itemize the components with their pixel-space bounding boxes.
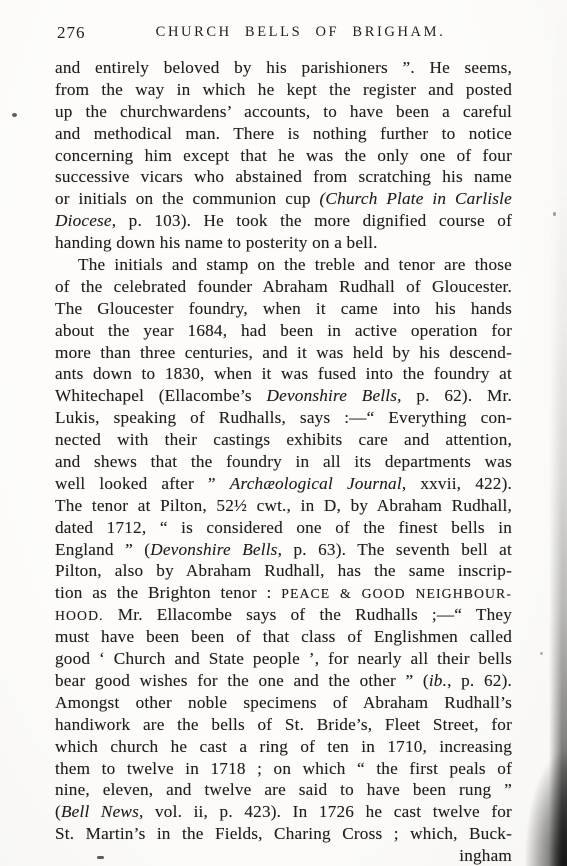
page-number: 276 xyxy=(57,23,86,43)
text-line: up the churchwardens’ accounts, to have … xyxy=(55,101,512,123)
text-line: them to twelve in 1718 ; on which “ the … xyxy=(55,758,512,780)
text-segment: from the way in which he kept the regist… xyxy=(55,80,512,99)
text-segment: or initials on the communion cup xyxy=(55,189,319,208)
text-segment: , p. 103). He took the more dignified co… xyxy=(112,211,512,230)
text-line: of the celebrated founder Abraham Rudhal… xyxy=(55,276,512,298)
text-segment: must have been been of that class of Eng… xyxy=(55,627,512,646)
page-body-text: and entirely beloved by his parishioners… xyxy=(55,57,512,866)
text-line: or initials on the communion cup (Church… xyxy=(55,188,512,210)
book-edge-shadow xyxy=(549,0,567,866)
scan-speck xyxy=(97,856,104,859)
text-segment: successive vicars who abstained from scr… xyxy=(55,167,512,186)
text-segment: Whitechapel (Ellacombe’s xyxy=(55,386,267,405)
text-segment: of the celebrated founder Abraham Rudhal… xyxy=(55,277,512,296)
text-segment: Pilton, also by Abraham Rudhall, has the… xyxy=(55,561,512,580)
text-segment: and shews that the foundry in all its de… xyxy=(55,452,512,471)
text-line: good ‘ Church and State people ’, for ne… xyxy=(55,648,512,670)
text-line: Whitechapel (Ellacombe’s Devonshire Bell… xyxy=(55,385,512,407)
text-line: and entirely beloved by his parishioners… xyxy=(55,57,512,79)
text-segment: handing down his name to posterity on a … xyxy=(55,233,378,252)
text-segment: Devonshire Bells xyxy=(150,540,277,559)
text-segment: about the year 1684, had been in active … xyxy=(55,321,512,340)
text-segment: bear good wishes for the one and the oth… xyxy=(55,671,429,690)
text-segment: nected with their castings exhibits care… xyxy=(55,430,512,449)
text-line: more than three centuries, and it was he… xyxy=(55,342,512,364)
text-segment: Devonshire Bells xyxy=(267,386,398,405)
text-segment: (Church Plate in Carlisle xyxy=(319,189,512,208)
book-corner-shadow xyxy=(525,751,567,866)
text-segment: St. Martin’s in the Fields, Charing Cros… xyxy=(55,824,512,843)
text-segment: Lukis, speaking of Rudhalls, says :—“ Ev… xyxy=(55,408,512,427)
text-line: The tenor at Pilton, 52½ cwt., in D, by … xyxy=(55,495,512,517)
text-segment: , xxvii, 422). xyxy=(402,474,512,493)
text-segment: more than three centuries, and it was he… xyxy=(55,343,512,362)
text-segment: tion as the Brighton tenor : xyxy=(55,583,281,602)
text-line: and methodical man. There is nothing fur… xyxy=(55,123,512,145)
text-segment: Archæological Journal xyxy=(230,474,402,493)
text-segment: The tenor at Pilton, 52½ cwt., in D, by … xyxy=(55,496,512,515)
text-segment: nine, eleven, and twelve are said to hav… xyxy=(55,780,512,799)
text-line: concerning him except that he was the on… xyxy=(55,145,512,167)
text-segment: ib. xyxy=(429,671,447,690)
text-line: which church he cast a ring of ten in 17… xyxy=(55,736,512,758)
text-segment: Diocese xyxy=(55,211,112,230)
text-line: successive vicars who abstained from scr… xyxy=(55,166,512,188)
text-line: tion as the Brighton tenor : PEACE & GOO… xyxy=(55,582,512,604)
text-line: St. Martin’s in the Fields, Charing Cros… xyxy=(55,823,512,845)
text-line: Amongst other noble specimens of Abraham… xyxy=(55,692,512,714)
text-line: handing down his name to posterity on a … xyxy=(55,232,512,254)
text-line: from the way in which he kept the regist… xyxy=(55,79,512,101)
text-line: Pilton, also by Abraham Rudhall, has the… xyxy=(55,560,512,582)
text-line: The initials and stamp on the treble and… xyxy=(55,254,512,276)
text-segment: handiwork are the bells of St. Bride’s, … xyxy=(55,715,512,734)
text-line: Lukis, speaking of Rudhalls, says :—“ Ev… xyxy=(55,407,512,429)
text-segment: good ‘ Church and State people ’, for ne… xyxy=(55,649,512,668)
text-line: nine, eleven, and twelve are said to hav… xyxy=(55,779,512,801)
text-segment: Bell News xyxy=(61,802,139,821)
text-line: ants down to 1830, when it was fused int… xyxy=(55,363,512,385)
text-segment: Amongst other noble specimens of Abraham… xyxy=(55,693,512,712)
text-line: and shews that the foundry in all its de… xyxy=(55,451,512,473)
text-segment: England ” ( xyxy=(55,540,150,559)
page-header: 276 CHURCH BELLS OF BRIGHAM. xyxy=(55,21,512,45)
text-segment: well looked after ” xyxy=(55,474,230,493)
text-segment: HOOD. xyxy=(55,608,104,623)
text-segment: Mr. Ellacombe says of the Rudhalls ;—“ T… xyxy=(104,605,512,624)
text-segment: PEACE & GOOD NEIGHBOUR- xyxy=(281,586,512,601)
text-line: England ” (Devonshire Bells, p. 63). The… xyxy=(55,539,512,561)
text-line: about the year 1684, had been in active … xyxy=(55,320,512,342)
text-segment: dated 1712, “ is considered one of the f… xyxy=(55,518,512,537)
text-line: must have been been of that class of Eng… xyxy=(55,626,512,648)
text-line: nected with their castings exhibits care… xyxy=(55,429,512,451)
text-line: The Gloucester foundry, when it came int… xyxy=(55,298,512,320)
text-segment: up the churchwardens’ accounts, to have … xyxy=(55,102,512,121)
scan-speck xyxy=(540,652,543,655)
text-line: well looked after ” Archæological Journa… xyxy=(55,473,512,495)
text-segment: ants down to 1830, when it was fused int… xyxy=(55,364,512,383)
scan-speck xyxy=(12,113,17,117)
text-segment: concerning him except that he was the on… xyxy=(55,146,512,165)
text-segment: , p. 62). xyxy=(447,671,512,690)
text-line: Diocese, p. 103). He took the more digni… xyxy=(55,210,512,232)
text-segment: and methodical man. There is nothing fur… xyxy=(55,124,512,143)
text-segment: , vol. ii, p. 423). In 1726 he cast twel… xyxy=(139,802,512,821)
text-segment: , p. 62). Mr. xyxy=(397,386,512,405)
scanned-book-page: 276 CHURCH BELLS OF BRIGHAM. and entirel… xyxy=(0,0,567,866)
text-segment: them to twelve in 1718 ; on which “ the … xyxy=(55,759,512,778)
text-segment: , p. 63). The seventh bell at xyxy=(278,540,512,559)
text-line: bear good wishes for the one and the oth… xyxy=(55,670,512,692)
scan-speck xyxy=(553,212,556,216)
text-line: dated 1712, “ is considered one of the f… xyxy=(55,517,512,539)
text-line: HOOD. Mr. Ellacombe says of the Rudhalls… xyxy=(55,604,512,626)
running-title: CHURCH BELLS OF BRIGHAM. xyxy=(55,21,512,41)
text-segment: The Gloucester foundry, when it came int… xyxy=(55,299,512,318)
text-line: handiwork are the bells of St. Bride’s, … xyxy=(55,714,512,736)
catchword: ingham xyxy=(55,845,512,866)
text-segment: which church he cast a ring of ten in 17… xyxy=(55,737,512,756)
text-segment: The initials and stamp on the treble and… xyxy=(78,255,512,274)
text-segment: and entirely beloved by his parishioners… xyxy=(55,58,512,77)
text-line: (Bell News, vol. ii, p. 423). In 1726 he… xyxy=(55,801,512,823)
